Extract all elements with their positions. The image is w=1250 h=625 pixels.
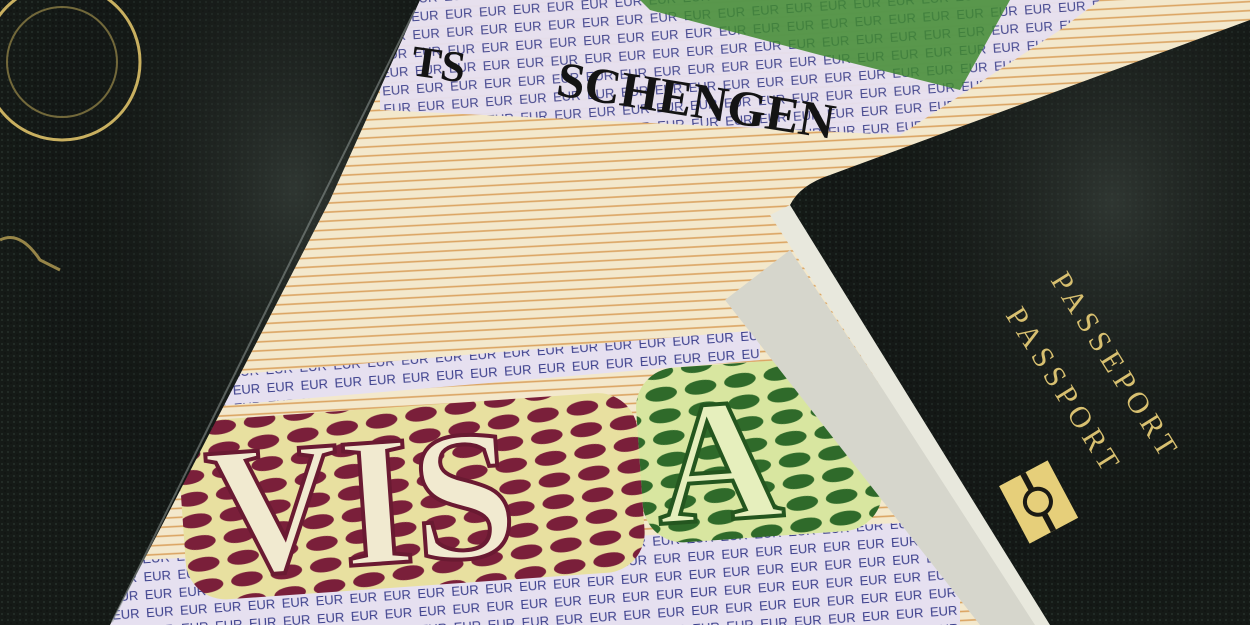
visa-letter-a: A [648, 360, 788, 562]
visa-letters-vis: VIS [200, 390, 522, 616]
visa-heading-prefix: TS [409, 36, 469, 92]
visa-photo: EUR TS SCHENGEN [0, 0, 1250, 625]
photo-stage: EUR TS SCHENGEN [0, 0, 1250, 625]
